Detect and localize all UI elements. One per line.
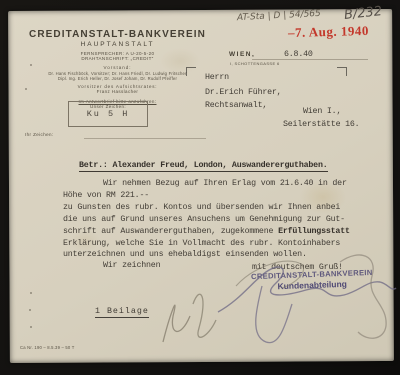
ink-speck xyxy=(25,88,27,90)
body-line-4: die uns auf Grund unseres Ansuchens um G… xyxy=(63,215,345,224)
letterhead: CREDITANSTALT-BANKVEREIN HAUPTANSTALT FE… xyxy=(25,29,210,104)
supervisory-name: Franz Hasslacher xyxy=(25,89,210,94)
your-reference-line xyxy=(84,138,206,139)
dateline-date: 6.8.40 xyxy=(284,50,313,59)
body-line-5-bold: Erfüllungsstatt xyxy=(278,227,350,236)
address-corner-left xyxy=(186,67,196,76)
form-number: Ca Nr. 190 – 8.5.39 – 50 T xyxy=(20,345,74,350)
board-title: Vorstand: xyxy=(25,65,210,70)
body-line-3: zu Gunsten des rubr. Kontos und übersend… xyxy=(63,203,340,212)
recipient-street: Seilerstätte 16. xyxy=(283,120,359,129)
dateline-city: WIEN, xyxy=(229,51,255,58)
enclosure-note: 1 Beilage xyxy=(95,307,149,318)
body-line-4-text: die uns auf Grund unseres Ansuchens um G… xyxy=(63,215,345,224)
ink-speck xyxy=(29,309,31,311)
closing-line: Wir zeichnen xyxy=(103,261,160,270)
dateline-rule xyxy=(252,59,368,60)
wire-line: DRAHTANSCHRIFT: „CREDIT“ xyxy=(25,56,210,61)
body-line-7: unterzeichnen und uns ehebaldigst einsen… xyxy=(63,250,307,259)
recipient-city: Wien I., xyxy=(303,107,341,116)
our-reference-box: Unser Zeichen: Ku 5 H xyxy=(68,101,148,127)
branch-name: HAUPTANSTALT xyxy=(25,41,210,48)
body-line-5-text: schrift auf Auswandererguthaben, zugekom… xyxy=(63,227,278,236)
your-reference-label: Ihr Zeichen: xyxy=(25,132,54,137)
our-reference-value: Ku 5 H xyxy=(69,109,147,119)
dateline-street: I, SCHOTTENGASSE 6 xyxy=(230,61,280,66)
recipient-name: Dr.Erich Führer, xyxy=(205,88,281,97)
recipient-salutation: Herrn xyxy=(205,73,229,82)
address-corner-right xyxy=(337,67,347,76)
ink-speck xyxy=(30,64,32,66)
ink-speck xyxy=(30,326,32,328)
body-line-6: Erklärung, welche Sie in Vollmacht des r… xyxy=(63,239,340,248)
subject-line: Betr.: Alexander Freud, London, Auswande… xyxy=(79,161,328,172)
body-line-2: Höhe von RM 221.-- xyxy=(63,191,149,200)
ink-speck xyxy=(30,292,32,294)
company-name: CREDITANSTALT-BANKVEREIN xyxy=(25,29,210,40)
recipient-title: Rechtsanwalt, xyxy=(205,101,267,110)
body-line-5: schrift auf Auswandererguthaben, zugekom… xyxy=(63,227,350,236)
date-received-stamp: –7. Aug. 1940 xyxy=(288,23,369,41)
scanned-letter: AT-Sta | D | 54/565 B/232 –7. Aug. 1940 … xyxy=(0,0,400,375)
board-members-2: Dipl. Ing. Erich Heller, Dr. Josef Joham… xyxy=(25,76,210,81)
body-line-1: Wir nehmen Bezug auf Ihren Erlag vom 21.… xyxy=(103,179,347,188)
